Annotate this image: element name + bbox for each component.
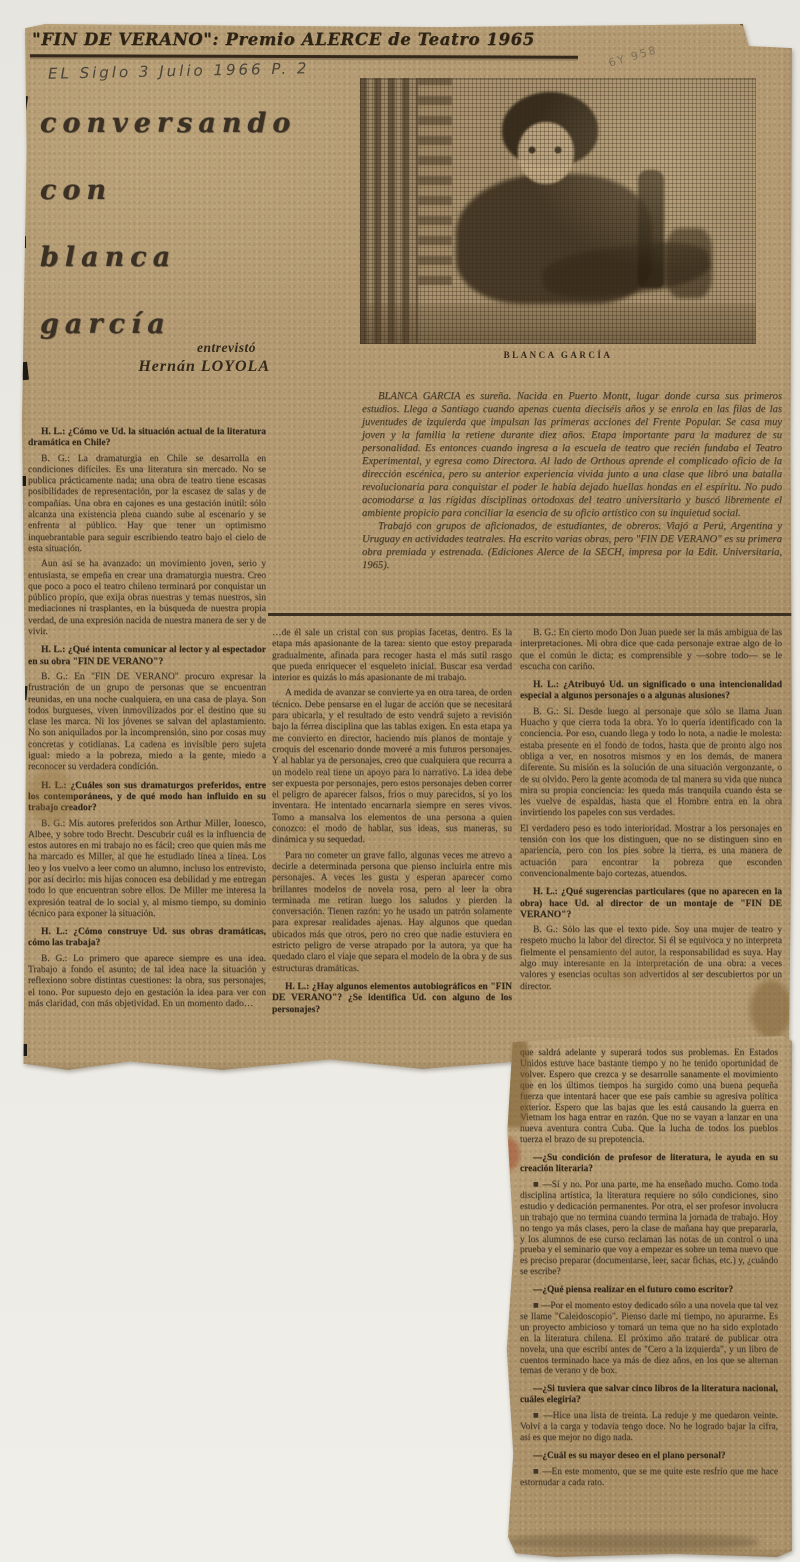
question-paragraph: —¿Qué piensa realizar en el futuro como … xyxy=(520,1285,778,1296)
answer-paragraph: Aun así se ha avanzado: un movimiento jo… xyxy=(28,559,266,638)
photo-blanca-garcia xyxy=(360,78,756,344)
question-paragraph: H. L.: ¿Qué sugerencias particulares (qu… xyxy=(520,887,782,921)
answer-paragraph: A medida de avanzar se convierte ya en o… xyxy=(272,688,512,846)
edge-nick xyxy=(22,362,29,381)
title-line-3: blanca xyxy=(40,242,290,273)
torn-corner xyxy=(740,24,776,50)
answer-paragraph: ■ —Sí y no. Por una parte, me ha enseñad… xyxy=(520,1180,778,1278)
answer-paragraph: B. G.: Sí. Desde luego al personaje que … xyxy=(520,707,782,820)
edge-nick xyxy=(22,96,28,113)
column-middle: …de él sale un cristal con sus propias f… xyxy=(272,628,512,1070)
title-line-1: conversando xyxy=(40,108,290,139)
section-rule xyxy=(268,613,792,616)
column-right: B. G.: En cierto modo Don Juan puede ser… xyxy=(520,628,782,1070)
pencil-annotation: 6Y 958 xyxy=(607,43,659,69)
intro-paragraphs: BLANCA GARCIA es sureña. Nacida en Puert… xyxy=(362,390,782,572)
headline-underline xyxy=(30,54,578,58)
intro-paragraph-2: Trabajó con grupos de aficionados, de es… xyxy=(362,520,782,572)
answer-paragraph: …de él sale un cristal con sus propias f… xyxy=(272,628,512,684)
answer-paragraph: ■ —Por el momento estoy dedicado sólo a … xyxy=(520,1301,778,1377)
handwritten-date-note: EL Siglo 3 Julio 1966 P. 2 xyxy=(48,59,310,82)
answer-paragraph: B. G.: En cierto modo Don Juan puede ser… xyxy=(520,628,782,673)
edge-nick xyxy=(22,476,26,486)
answer-paragraph: que saldrá adelante y superará todos sus… xyxy=(520,1048,778,1146)
answer-paragraph: Para no cometer un grave fallo, algunas … xyxy=(272,851,512,975)
photo-halftone-overlay xyxy=(360,78,756,344)
byline-label: entrevistó xyxy=(46,340,256,356)
answer-paragraph: B. G.: Lo primero que aparece siempre es… xyxy=(28,954,266,1010)
question-paragraph: H. L.: ¿Qué intenta comunicar al lector … xyxy=(28,645,266,668)
question-paragraph: H. L.: ¿Hay algunos elementos autobiográ… xyxy=(272,982,512,1016)
answer-paragraph: ■ —Hice una lista de treinta. La reduje … xyxy=(520,1411,778,1444)
article-title: conversando con blanca garcía xyxy=(40,108,290,376)
column-left: H. L.: ¿Cómo ve Ud. la situación actual … xyxy=(28,420,266,1068)
answer-paragraph: B. G.: En "FIN DE VERANO" procuro expres… xyxy=(28,672,266,774)
paper-stain xyxy=(498,1138,520,1170)
answer-paragraph: B. G.: Mis autores preferidos son Arthur… xyxy=(28,819,266,921)
question-paragraph: —¿Si tuviera que salvar cinco libros de … xyxy=(520,1384,778,1406)
answer-paragraph: ■ —En este momento, que se me quite este… xyxy=(520,1467,778,1489)
question-paragraph: H. L.: ¿Atribuyó Ud. un significado o un… xyxy=(520,680,782,703)
title-line-4: garcía xyxy=(40,309,290,340)
newspaper-clipping-strip: que saldrá adelante y superará todos sus… xyxy=(498,1036,792,1558)
question-paragraph: H. L.: ¿Cómo construye Ud. sus obras dra… xyxy=(28,927,266,950)
intro-paragraph-1: BLANCA GARCIA es sureña. Nacida en Puert… xyxy=(362,390,782,520)
answer-paragraph: B. G.: Sólo las que el texto pide. Soy u… xyxy=(520,925,782,993)
column-strip: que saldrá adelante y superará todos sus… xyxy=(520,1048,778,1550)
question-paragraph: H. L.: ¿Cuáles son sus dramaturgos prefe… xyxy=(28,781,266,815)
question-paragraph: —¿Cuál es su mayor deseo en el plano per… xyxy=(520,1451,778,1462)
answer-paragraph: B. G.: La dramaturgia en Chile se desarr… xyxy=(28,454,266,556)
edge-nick xyxy=(22,236,26,248)
answer-paragraph: El verdadero peso es todo interioridad. … xyxy=(520,824,782,880)
title-line-2: con xyxy=(40,175,290,206)
question-paragraph: H. L.: ¿Cómo ve Ud. la situación actual … xyxy=(28,427,266,450)
kicker-headline: "FIN DE VERANO": Premio ALERCE de Teatro… xyxy=(32,30,584,49)
photo-caption: BLANCA GARCÍA xyxy=(360,350,756,360)
edge-nick xyxy=(22,1044,27,1056)
edge-nick xyxy=(22,686,28,700)
question-paragraph: —¿Su condición de profesor de literatura… xyxy=(520,1153,778,1175)
byline-name: Hernán LOYOLA xyxy=(46,358,270,376)
newspaper-clipping-main: "FIN DE VERANO": Premio ALERCE de Teatro… xyxy=(22,24,792,1072)
byline: entrevistó Hernán LOYOLA xyxy=(46,340,270,376)
